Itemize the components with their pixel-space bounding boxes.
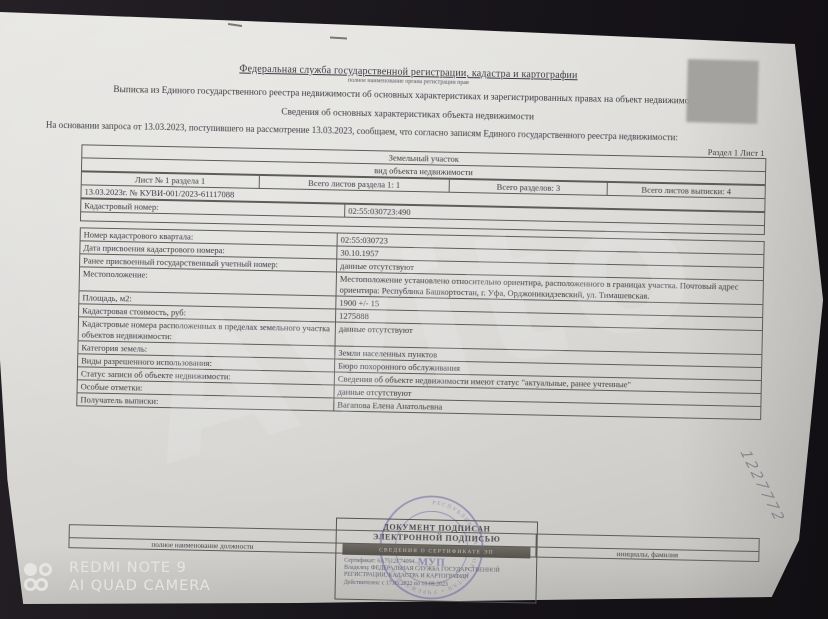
quad-camera-icon bbox=[24, 562, 58, 594]
certificate-details: Сертификат: 6А7512Г74094...Владелец: ФЕД… bbox=[344, 558, 537, 591]
camera-watermark-line2: AI QUAD CAMERA bbox=[69, 578, 211, 596]
redaction-blur-box bbox=[686, 59, 759, 124]
certificate-redacted-bar: СВЕДЕНИЯ О СЕРТИФИКАТЕ ЭП bbox=[342, 544, 530, 559]
digital-signature-stamp: ДОКУМЕНТ ПОДПИСАН ЭЛЕКТРОННОЙ ПОДПИСЬЮ С… bbox=[334, 518, 538, 604]
camera-watermark-line1: REDMI NOTE 9 bbox=[69, 560, 211, 578]
certificate-bar-text: СВЕДЕНИЯ О СЕРТИФИКАТЕ ЭП bbox=[379, 547, 494, 555]
photo-of-document: { "colors": { "background": "#17141a", "… bbox=[0, 0, 828, 619]
camera-watermark: REDMI NOTE 9 AI QUAD CAMERA bbox=[24, 560, 211, 595]
details-table: Номер кадастрового квартала:02:55:030723… bbox=[76, 227, 764, 420]
egrn-extract-document: Федеральная служба государственной регис… bbox=[34, 50, 772, 619]
